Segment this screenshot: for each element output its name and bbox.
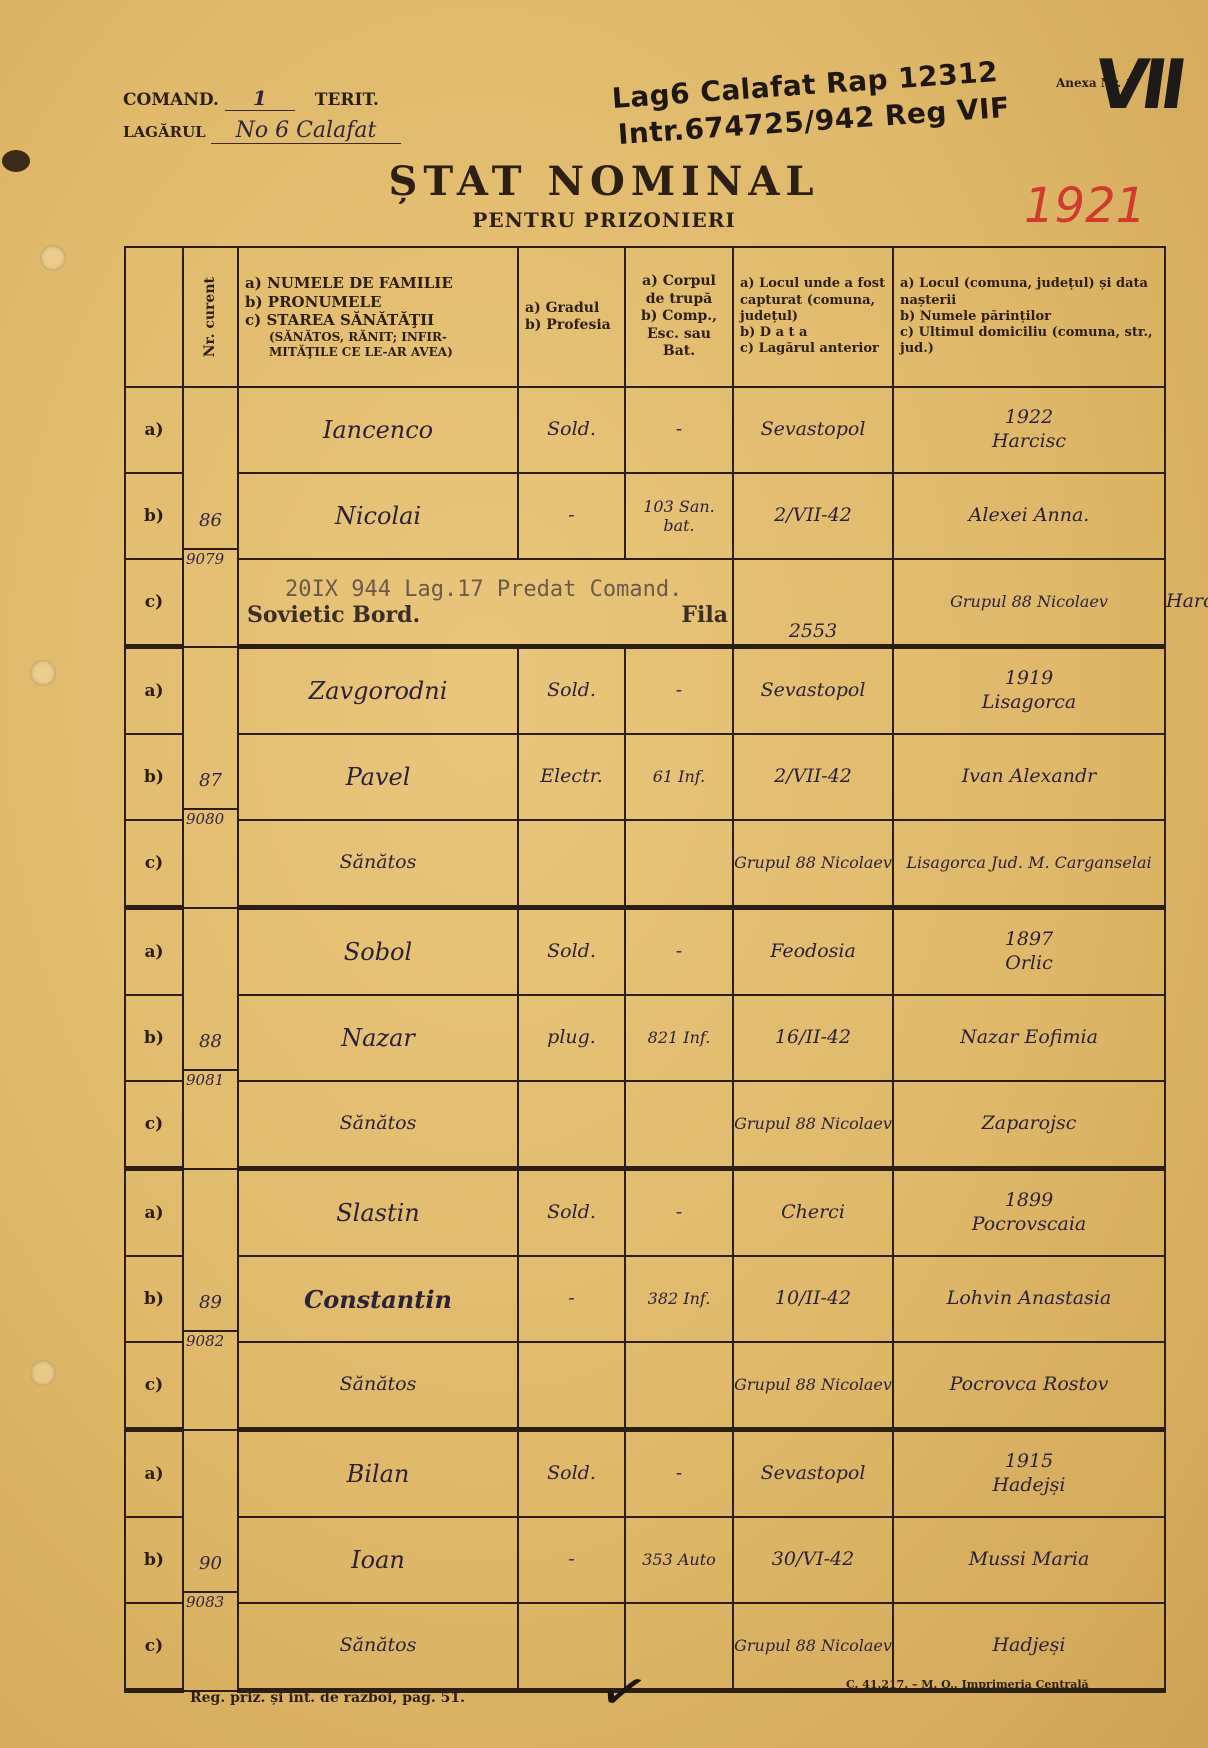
last-domicile: Lisagorca Jud. M. Carganselai (893, 820, 1165, 908)
capture-place: Sevastopol (733, 387, 893, 473)
birth-year: 1899 (894, 1189, 1164, 1213)
punch-hole (30, 1360, 56, 1386)
header-nast-a: a) Locul (comuna, județul) și data naște… (900, 276, 1158, 309)
table-row: c) Sănătos Grupul 88 Nicolaev Pocrovca R… (125, 1342, 1165, 1430)
row-letter-c: c) (125, 1081, 183, 1169)
typed-annotation-fila: Fila (681, 602, 728, 628)
empty-cell (518, 1342, 625, 1430)
birth-place: Lisagorca (894, 691, 1164, 715)
table-row: a) 90 9083 Bilan Sold. - Sevastopol 1915… (125, 1430, 1165, 1518)
parents-names: Alexei Anna. (893, 473, 1165, 559)
nr-curent-cell: 89 9082 (183, 1169, 238, 1430)
nr-registry: 9081 (184, 1071, 237, 1089)
profession: Electr. (518, 734, 625, 820)
family-name: Sobol (238, 908, 518, 996)
header-name-c: c) STAREA SĂNĂTĂŢII (245, 311, 511, 330)
health-status: Sănătos (238, 820, 518, 908)
comand-field: COMAND. 1 TERIT. (123, 86, 379, 111)
header-name-a: a) NUMELE DE FAMILIE (245, 274, 511, 293)
lagar-field: LAGĂRUL No 6 Calafat (123, 118, 401, 144)
birth-year: 1915 (894, 1450, 1164, 1474)
capture-date: 2/VII-42 (733, 473, 893, 559)
header-blank (125, 247, 183, 387)
birth-place-year: 1897Orlic (893, 908, 1165, 996)
table-row: b) Ioan - 353 Auto 30/VI-42 Mussi Maria (125, 1517, 1165, 1603)
empty-cell (625, 1081, 733, 1169)
document-subtitle: PENTRU PRIZONIERI (0, 208, 1208, 232)
family-name: Iancenco (238, 387, 518, 473)
nr-curent-cell: 86 9079 (183, 387, 238, 647)
nr-registry: 9083 (184, 1593, 237, 1611)
rank: Sold. (518, 1169, 625, 1257)
lagar-value: No 6 Calafat (211, 118, 401, 144)
row-letter-b: b) (125, 1256, 183, 1342)
unit: - (625, 1430, 733, 1518)
nr-curent-cell: 90 9083 (183, 1430, 238, 1691)
parents-names: Nazar Eofimia (893, 995, 1165, 1081)
company: 382 Inf. (625, 1256, 733, 1342)
footer-printer: C. 41.217. – M. O., Imprimeria Centrală (846, 1678, 1089, 1691)
capture-date: 30/VI-42 (733, 1517, 893, 1603)
birth-place: Orlic (894, 952, 1164, 976)
punch-hole (30, 660, 56, 686)
company: 103 San. bat. (625, 473, 733, 559)
birth-year: 1919 (894, 667, 1164, 691)
nr-curent: 86 (184, 466, 237, 550)
row-letter-a: a) (125, 647, 183, 735)
table-row: c) Sănătos Grupul 88 Nicolaev Zaparojsc (125, 1081, 1165, 1169)
profession: plug. (518, 995, 625, 1081)
table-row: c) 20IX 944 Lag.17 Predat Comand. Soviet… (125, 559, 1165, 647)
annotation-cell: 20IX 944 Lag.17 Predat Comand. Sovietic … (238, 559, 733, 647)
nr-curent: 87 (184, 726, 237, 810)
header-corp-b: b) Comp., Esc. sau Bat. (632, 308, 726, 361)
unit: - (625, 908, 733, 996)
capture-place: Sevastopol (733, 1430, 893, 1518)
first-name: Nazar (238, 995, 518, 1081)
row-letter-c: c) (125, 820, 183, 908)
profession: - (518, 1517, 625, 1603)
previous-camp: Grupul 88 Nicolaev (733, 1081, 893, 1169)
parents-names: Mussi Maria (893, 1517, 1165, 1603)
health-status: Sănătos (238, 1081, 518, 1169)
comand-value: 1 (225, 86, 295, 111)
header-nast-b: b) Numele părinților (900, 309, 1158, 325)
previous-camp: Grupul 88 Nicolaev (733, 820, 893, 908)
health-status: Sănătos (238, 1342, 518, 1430)
typed-annotation: 20IX 944 Lag.17 Predat Comand. (239, 577, 732, 602)
header-nast-c: c) Ultimul domiciliu (comuna, str., jud.… (900, 325, 1158, 358)
family-name: Zavgorodni (238, 647, 518, 735)
header-corp: a) Corpul de trupă b) Comp., Esc. sau Ba… (625, 247, 733, 387)
prisoners-table: Nr. curent a) NUMELE DE FAMILIE b) PRONU… (124, 246, 1166, 1693)
table-row: b) Constantin - 382 Inf. 10/II-42 Lohvin… (125, 1256, 1165, 1342)
fila-number: 2553 (733, 559, 893, 647)
header-grad: a) Gradul b) Profesia (518, 247, 625, 387)
row-letter-b: b) (125, 1517, 183, 1603)
company: 821 Inf. (625, 995, 733, 1081)
roman-numeral-mark: VII (1089, 46, 1185, 125)
nr-curent: 89 (184, 1248, 237, 1332)
row-letter-c: c) (125, 1342, 183, 1430)
previous-camp: Grupul 88 Nicolaev (733, 1342, 893, 1430)
row-letter-a: a) (125, 908, 183, 996)
unit: - (625, 647, 733, 735)
row-letter-b: b) (125, 473, 183, 559)
rank: Sold. (518, 387, 625, 473)
header-name-c2: (SĂNĂTOS, RĂNIT; INFIR-MITĂŢILE CE LE-AR… (245, 330, 511, 360)
table-row: a) 88 9081 Sobol Sold. - Feodosia 1897Or… (125, 908, 1165, 996)
unit: - (625, 387, 733, 473)
comand-label: COMAND. (123, 90, 219, 110)
table-row: a) 89 9082 Slastin Sold. - Cherci 1899Po… (125, 1169, 1165, 1257)
empty-cell (625, 1342, 733, 1430)
first-name: Nicolai (238, 473, 518, 559)
lagar-label: LAGĂRUL (123, 123, 206, 141)
birth-place-year: 1899Pocrovscaia (893, 1169, 1165, 1257)
row-letter-a: a) (125, 1430, 183, 1518)
birth-place-year: 1922Harcisc (893, 387, 1165, 473)
header-name: a) NUMELE DE FAMILIE b) PRONUMELE c) STA… (238, 247, 518, 387)
capture-place: Feodosia (733, 908, 893, 996)
first-name: Ioan (238, 1517, 518, 1603)
first-name: Pavel (238, 734, 518, 820)
nr-curent-cell: 88 9081 (183, 908, 238, 1169)
capture-date: 2/VII-42 (733, 734, 893, 820)
profession: - (518, 473, 625, 559)
punch-hole (40, 245, 66, 271)
empty-cell (518, 1081, 625, 1169)
header-corp-a: a) Corpul de trupă (632, 273, 726, 308)
company: 353 Auto (625, 1517, 733, 1603)
nr-curent-cell: 87 9080 (183, 647, 238, 908)
row-letter-a: a) (125, 1169, 183, 1257)
nr-curent: 88 (184, 987, 237, 1071)
header-grad-a: a) Gradul (525, 300, 618, 318)
header-nr-label: Nr. curent (202, 277, 220, 357)
capture-place: Sevastopol (733, 647, 893, 735)
profession: - (518, 1256, 625, 1342)
rank: Sold. (518, 1430, 625, 1518)
table-header-row: Nr. curent a) NUMELE DE FAMILIE b) PRONU… (125, 247, 1165, 387)
table-row: a) 86 9079 Iancenco Sold. - Sevastopol 1… (125, 387, 1165, 473)
row-letter-b: b) (125, 995, 183, 1081)
birth-year: 1922 (894, 406, 1164, 430)
header-nastere: a) Locul (comuna, județul) și data naște… (893, 247, 1165, 387)
header-loc-b: b) D a t a (740, 325, 886, 341)
birth-year: 1897 (894, 928, 1164, 952)
table-row: a) 87 9080 Zavgorodni Sold. - Sevastopol… (125, 647, 1165, 735)
row-letter-c: c) (125, 1603, 183, 1691)
nr-registry: 9079 (184, 550, 237, 568)
rank: Sold. (518, 908, 625, 996)
birth-place-year: 1915Hadejși (893, 1430, 1165, 1518)
birth-place: Harcisc (894, 430, 1164, 454)
first-name: Constantin (238, 1256, 518, 1342)
row-letter-c: c) (125, 559, 183, 647)
rank: Sold. (518, 647, 625, 735)
family-name: Bilan (238, 1430, 518, 1518)
previous-camp: Grupul 88 Nicolaev (893, 559, 1165, 647)
last-domicile: Pocrovca Rostov (893, 1342, 1165, 1430)
capture-date: 10/II-42 (733, 1256, 893, 1342)
table-row: b) Pavel Electr. 61 Inf. 2/VII-42 Ivan A… (125, 734, 1165, 820)
document-title: ȘTAT NOMINAL (0, 158, 1208, 205)
typed-annotation-bord: Sovietic Bord. (247, 602, 420, 628)
header-grad-b: b) Profesia (525, 317, 618, 335)
header-loc-a: a) Locul unde a fost capturat (comuna, j… (740, 276, 886, 325)
header-loc: a) Locul unde a fost capturat (comuna, j… (733, 247, 893, 387)
capture-place: Cherci (733, 1169, 893, 1257)
empty-cell (518, 820, 625, 908)
row-letter-a: a) (125, 387, 183, 473)
header-loc-c: c) Lagărul anterior (740, 341, 886, 357)
family-name: Slastin (238, 1169, 518, 1257)
table-row: c) Sănătos Grupul 88 Nicolaev Lisagorca … (125, 820, 1165, 908)
row-letter-b: b) (125, 734, 183, 820)
header-name-b: b) PRONUMELE (245, 293, 511, 312)
table-row: b) Nicolai - 103 San. bat. 2/VII-42 Alex… (125, 473, 1165, 559)
table-row: b) Nazar plug. 821 Inf. 16/II-42 Nazar E… (125, 995, 1165, 1081)
unit: - (625, 1169, 733, 1257)
terit-label: TERIT. (315, 90, 379, 110)
footer-reference: Reg. priz. și int. de război, pag. 51. (190, 1690, 465, 1706)
parents-names: Ivan Alexandr (893, 734, 1165, 820)
health-status: Sănătos (238, 1603, 518, 1691)
birth-place-year: 1919Lisagorca (893, 647, 1165, 735)
empty-cell (625, 820, 733, 908)
nr-curent: 90 (184, 1509, 237, 1593)
birth-place: Pocrovscaia (894, 1213, 1164, 1237)
nr-registry: 9080 (184, 810, 237, 828)
nr-registry: 9082 (184, 1332, 237, 1350)
company: 61 Inf. (625, 734, 733, 820)
parents-names: Lohvin Anastasia (893, 1256, 1165, 1342)
last-domicile: Zaparojsc (893, 1081, 1165, 1169)
birth-place: Hadejși (894, 1474, 1164, 1498)
capture-date: 16/II-42 (733, 995, 893, 1081)
header-nr: Nr. curent (183, 247, 238, 387)
